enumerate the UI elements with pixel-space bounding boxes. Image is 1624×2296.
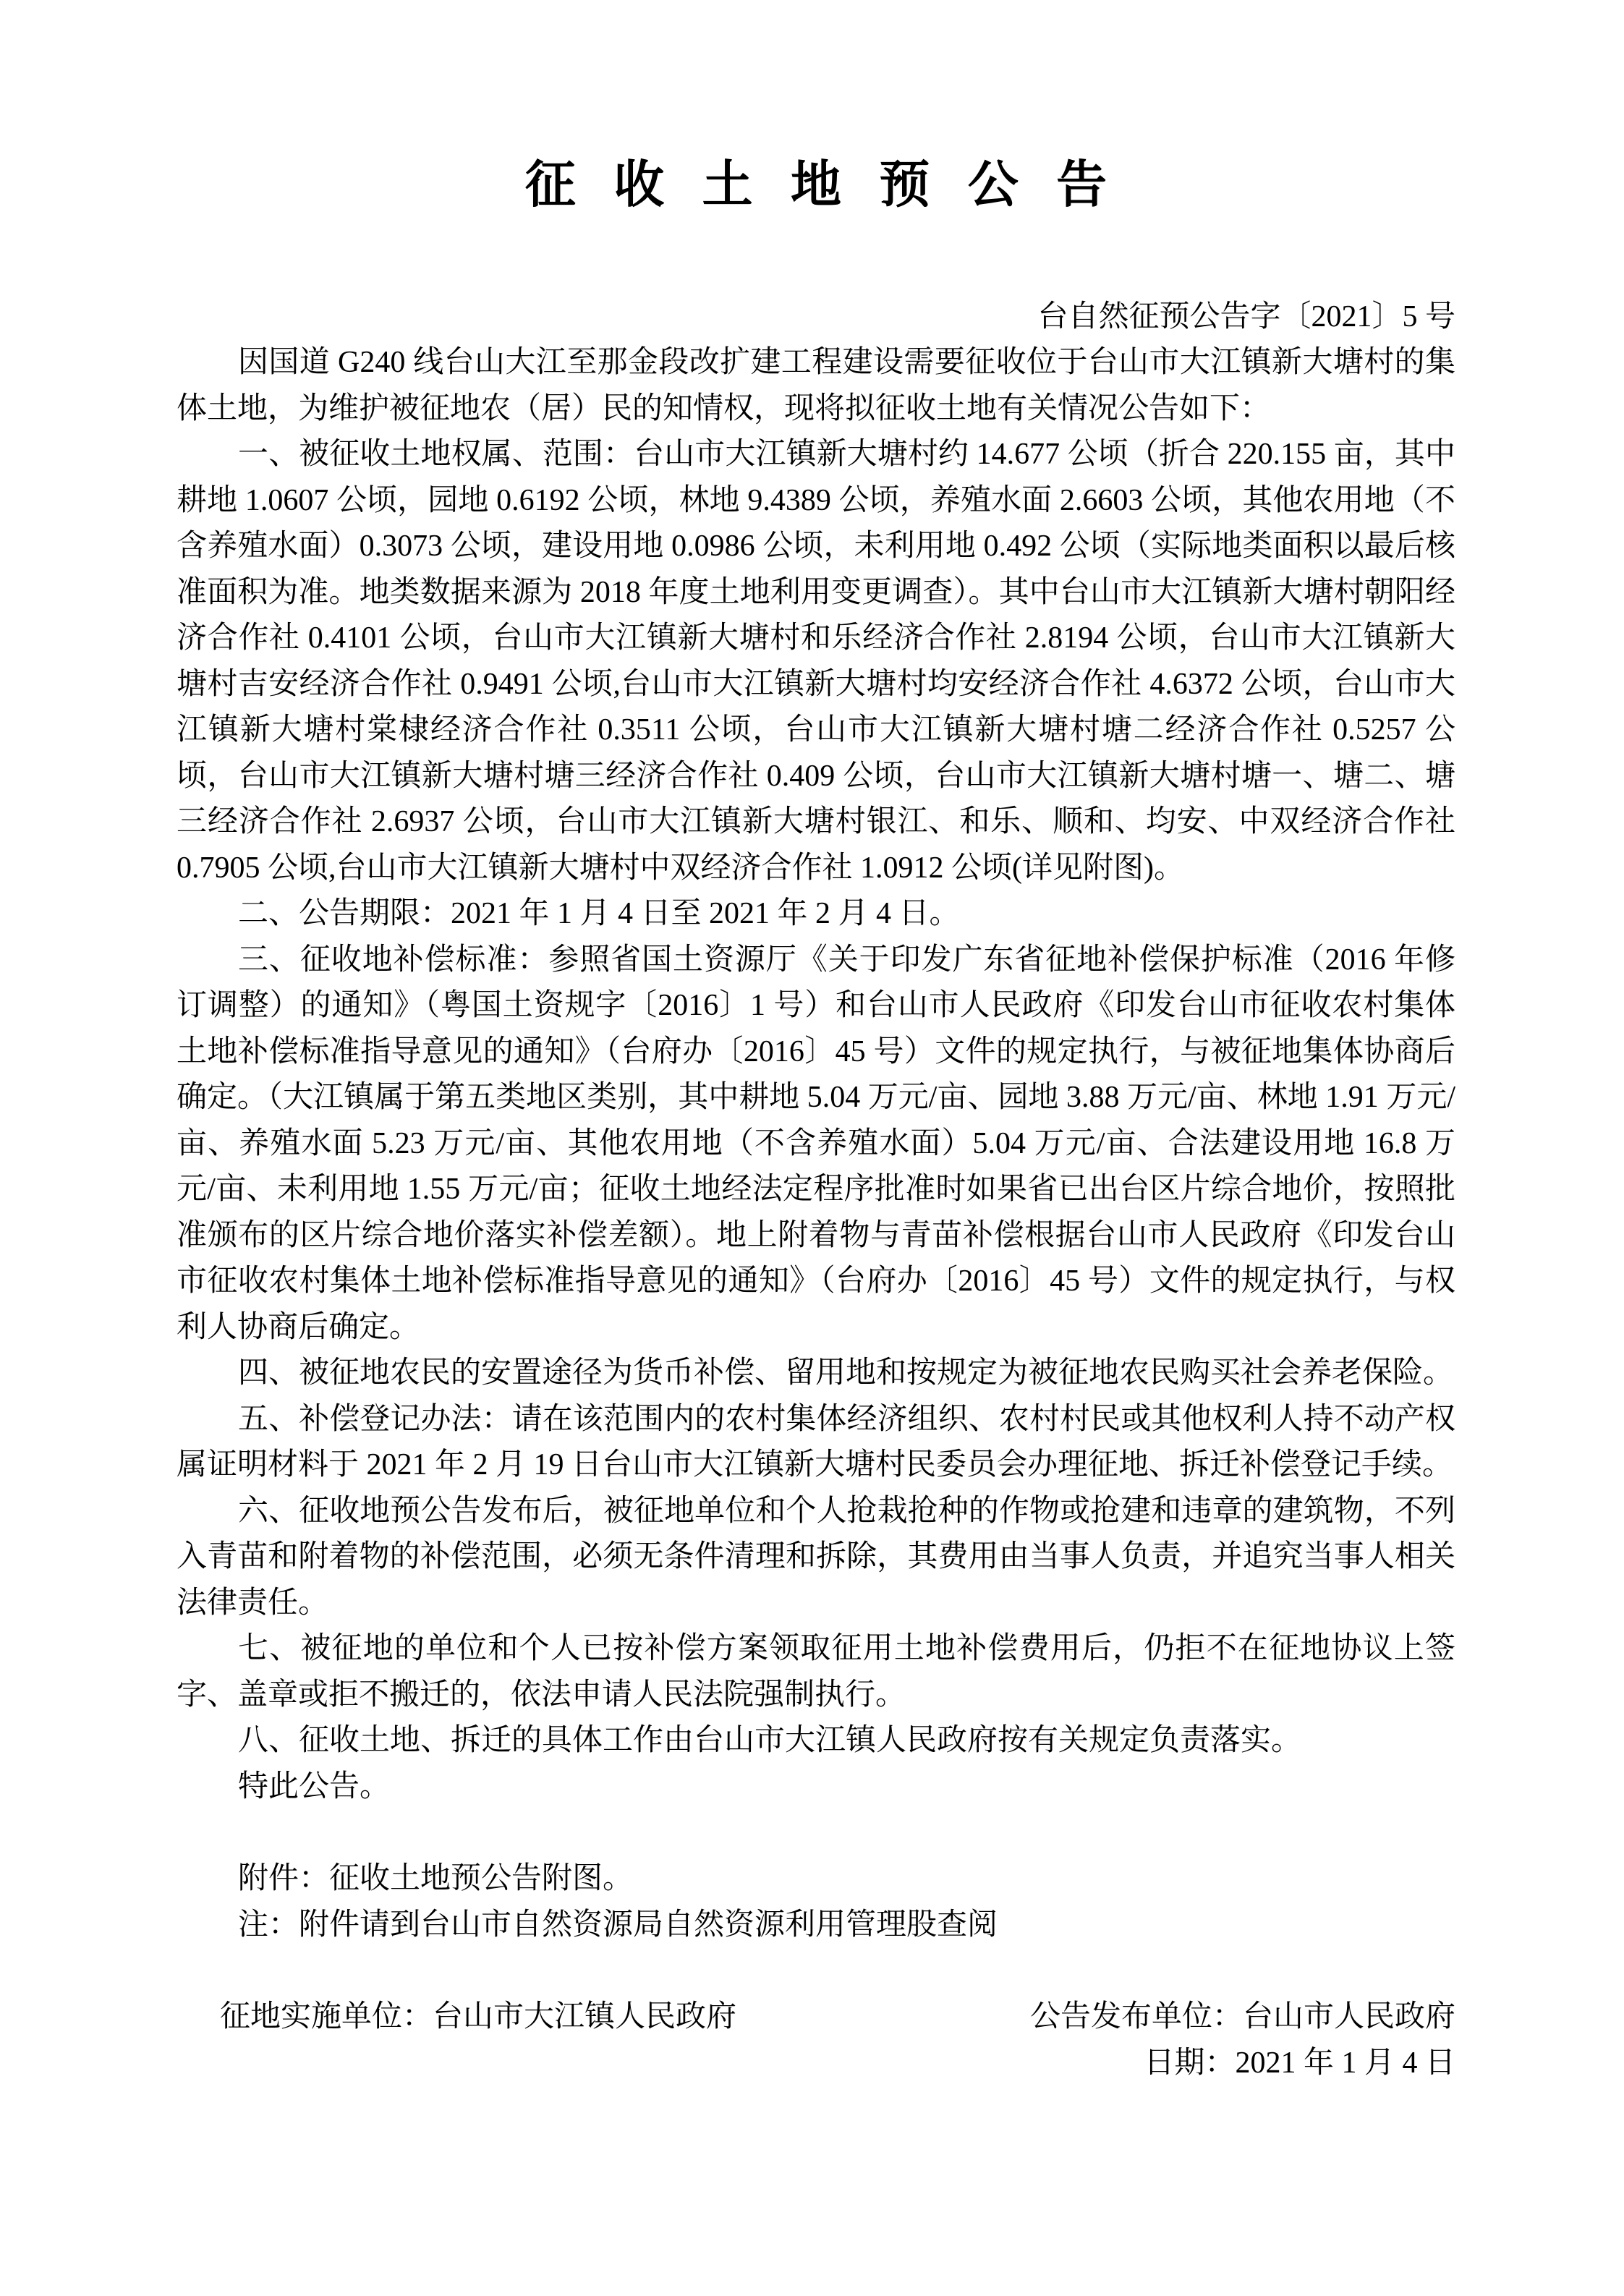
paragraph-6-warning: 六、征收地预公告发布后，被征地单位和个人抢栽抢种的作物或抢建和违章的建筑物，不列… xyxy=(177,1489,1455,1627)
document-title: 征 收 土 地 预 公 告 xyxy=(177,156,1455,213)
footer-issuing-unit: 公告发布单位：台山市人民政府 xyxy=(1030,1994,1455,2041)
footer-units-row: 征地实施单位：台山市大江镇人民政府 公告发布单位：台山市人民政府 xyxy=(177,1994,1455,2041)
paragraph-intro: 因国道 G240 线台山大江至那金段改扩建工程建设需要征收位于台山市大江镇新大塘… xyxy=(177,340,1455,432)
footer-date: 日期：2021 年 1 月 4 日 xyxy=(177,2041,1455,2087)
paragraph-3-compensation-standard: 三、征收地补偿标准：参照省国土资源厅《关于印发广东省征地补偿保护标准（2016 … xyxy=(177,937,1455,1351)
paragraph-7-enforcement: 七、被征地的单位和个人已按补偿方案领取征用土地补偿费用后，仍拒不在征地协议上签字… xyxy=(177,1626,1455,1718)
announcement-document: 征 收 土 地 预 公 告 台自然征预公告字〔2021〕5 号 因国道 G240… xyxy=(0,0,1624,2296)
document-content: 征 收 土 地 预 公 告 台自然征预公告字〔2021〕5 号 因国道 G240… xyxy=(177,0,1455,2086)
paragraph-2-announcement-period: 二、公告期限：2021 年 1 月 4 日至 2021 年 2 月 4 日。 xyxy=(177,891,1455,937)
footer-implementing-unit: 征地实施单位：台山市大江镇人民政府 xyxy=(220,1994,736,2041)
attachment-line: 附件：征收土地预公告附图。 xyxy=(177,1856,1455,1902)
paragraph-4-resettlement: 四、被征地农民的安置途径为货币补偿、留用地和按规定为被征地农民购买社会养老保险。 xyxy=(177,1351,1455,1397)
paragraph-5-registration-method: 五、补偿登记办法：请在该范围内的农村集体经济组织、农村村民或其他权利人持不动产权… xyxy=(177,1397,1455,1489)
paragraph-1-land-ownership-scope: 一、被征收土地权属、范围：台山市大江镇新大塘村约 14.677 公顷（折合 22… xyxy=(177,432,1455,891)
note-line: 注：附件请到台山市自然资源局自然资源利用管理股查阅 xyxy=(177,1902,1455,1949)
paragraph-closing: 特此公告。 xyxy=(177,1764,1455,1811)
paragraph-8-implementation: 八、征收土地、拆迁的具体工作由台山市大江镇人民政府按有关规定负责落实。 xyxy=(177,1718,1455,1764)
document-number: 台自然征预公告字〔2021〕5 号 xyxy=(177,294,1455,340)
